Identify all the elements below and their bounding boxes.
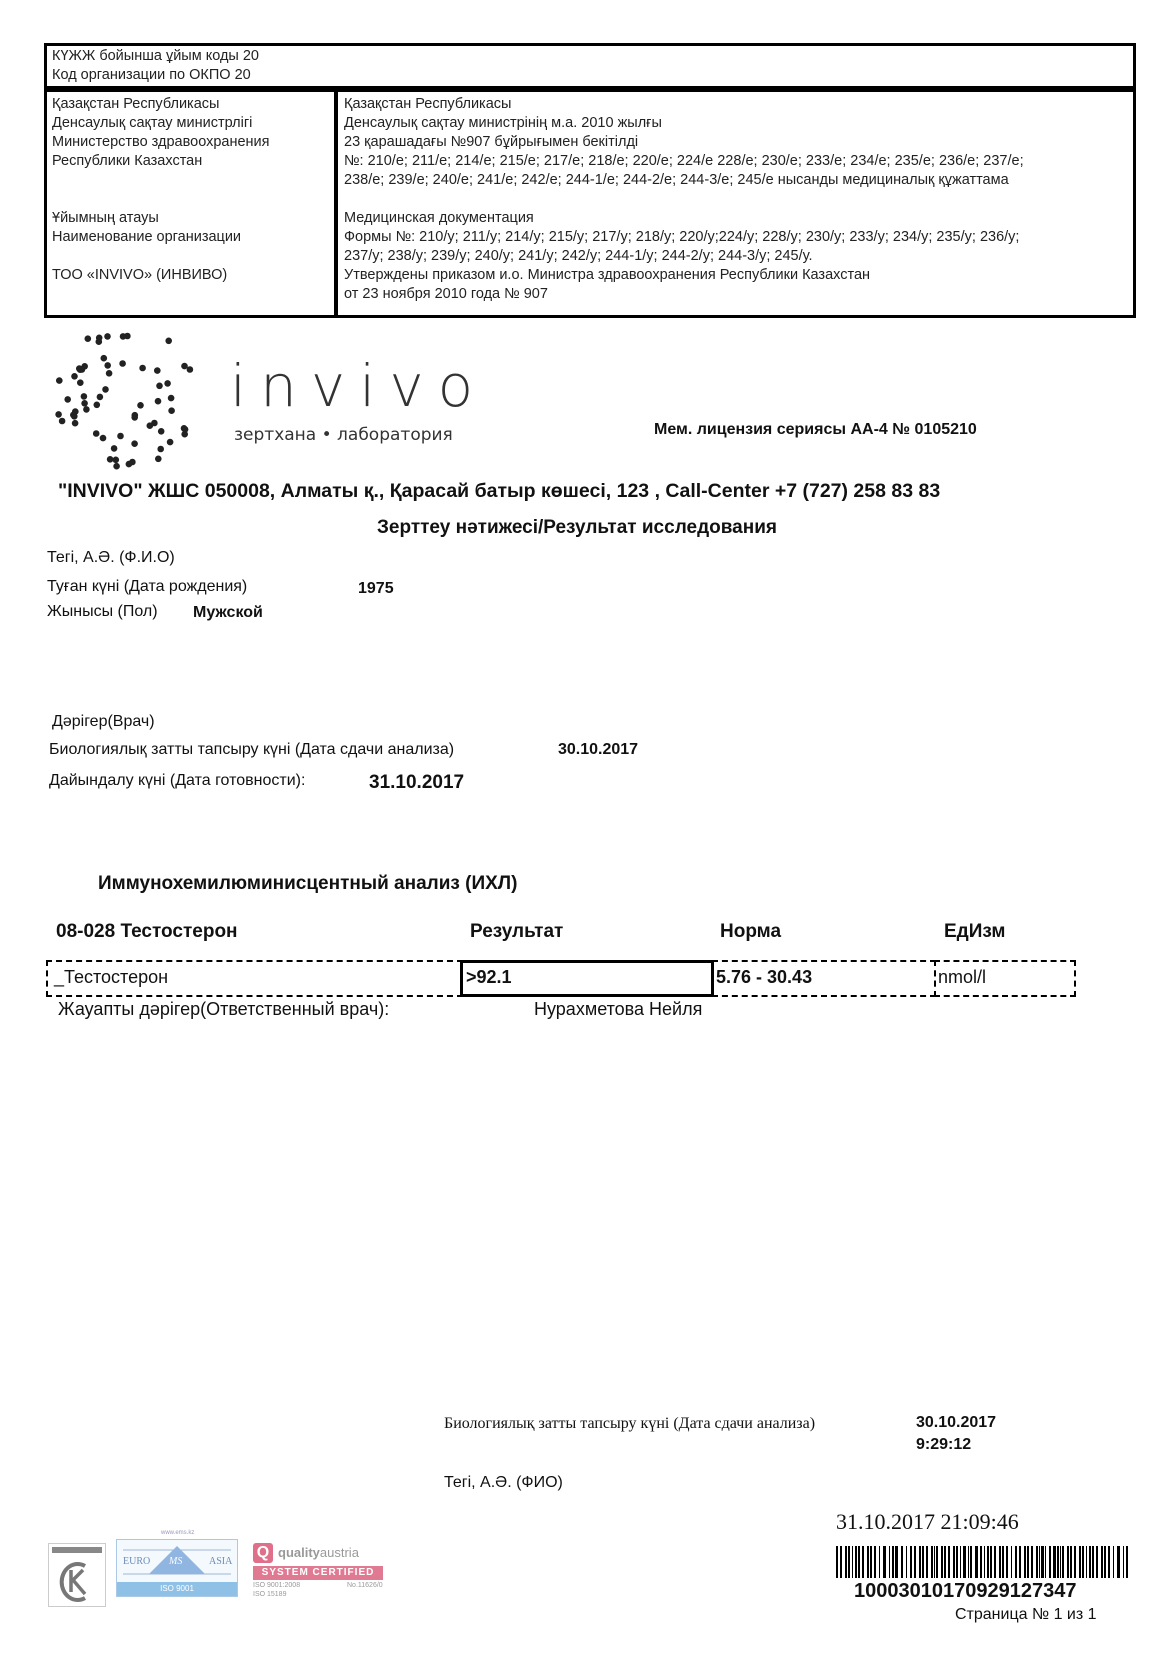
qa-iso2: ISO 15189	[253, 1591, 286, 1598]
doc-line: Медицинская документация	[344, 209, 1124, 228]
qa-banner: SYSTEM CERTIFIED	[253, 1566, 383, 1580]
footer-sample-time-value: 9:29:12	[916, 1436, 971, 1454]
org-name-value: ТОО «INVIVO» (ИНВИВО)	[52, 266, 327, 285]
footer-sample-date-value: 30.10.2017	[916, 1414, 996, 1432]
page-title: Зерттеу нәтижесі/Результат исследования	[377, 517, 777, 539]
ms-label: MS	[169, 1556, 182, 1567]
doctor-label: Дәрігер(Врач)	[52, 713, 155, 731]
dob-value: 1975	[358, 580, 394, 598]
test-name: _Тестостерон	[54, 967, 168, 988]
qa-name-bold: quality	[278, 1545, 320, 1560]
table-divider	[334, 92, 338, 315]
doc-line: Формы №: 210/у; 211/у; 214/у; 215/у; 217…	[344, 228, 1124, 247]
doc-line: 237/у; 238/у; 239/у; 240/у; 241/у; 242/у…	[344, 247, 1124, 266]
sample-date-label: Биологиялық затты тапсыру күні (Дата сда…	[49, 741, 454, 759]
responsible-doctor-name: Нурахметова Нейля	[534, 999, 702, 1020]
norm-cell: 5.76 - 30.43	[712, 960, 936, 997]
result-value: >92.1	[466, 967, 512, 988]
org-name-label: Наименование организации	[52, 228, 327, 247]
sample-date-value: 30.10.2017	[558, 741, 638, 759]
sex-label: Жынысы (Пол)	[47, 603, 158, 621]
kt-cert-logo-icon	[48, 1543, 106, 1607]
ministry-line: Министерство здравоохранения	[52, 133, 327, 152]
doc-line: Денсаулық сақтау министрінің м.а. 2010 ж…	[344, 114, 1124, 133]
org-info-box: Қазақстан Республикасы Денсаулық сақтау …	[44, 89, 1136, 318]
euro-asia-iso-logo-icon: www.ems.kz EURO MS ASIA ISO 9001	[116, 1539, 238, 1597]
doc-line: от 23 ноября 2010 года № 907	[344, 285, 1124, 304]
result-cell: >92.1	[460, 960, 714, 997]
ministry-line: Қазақстан Республикасы	[52, 95, 327, 114]
ministry-line: Денсаулық сақтау министрлігі	[52, 114, 327, 133]
page-number: Страница № 1 из 1	[955, 1606, 1097, 1624]
printed-timestamp: 31.10.2017 21:09:46	[836, 1509, 1019, 1535]
euro-label: EURO	[123, 1556, 150, 1567]
license-number: Мем. лицензия сериясы АА-4 № 0105210	[654, 421, 977, 439]
org-name-label: Ұйымның атауы	[52, 209, 327, 228]
doc-line: Қазақстан Республикасы	[344, 95, 1124, 114]
dob-label: Туған күні (Дата рождения)	[47, 578, 247, 596]
iso-label: ISO 9001	[117, 1582, 237, 1596]
unit-cell: nmol/l	[934, 960, 1076, 997]
doc-line: 238/е; 239/е; 240/е; 241/е; 242/е; 244-1…	[344, 171, 1124, 190]
doc-line: 23 қарашадағы №907 бұйрығымен бекітілді	[344, 133, 1124, 152]
logo-subtitle: зертхана • лаборатория	[234, 425, 453, 445]
logo-wordmark: invivo	[230, 352, 487, 420]
column-header-unit: ЕдИзм	[944, 921, 1005, 943]
invivo-dots-logo-icon	[44, 318, 204, 473]
doc-line: Утверждены приказом и.о. Министра здраво…	[344, 266, 1124, 285]
test-name-cell: _Тестостерон	[46, 960, 463, 997]
org-info-right: Қазақстан Республикасы Денсаулық сақтау …	[344, 95, 1124, 304]
footer-sample-date-label: Биологиялық затты тапсыру күні (Дата сда…	[444, 1415, 815, 1433]
lab-address: "INVIVO" ЖШС 050008, Алматы қ., Қарасай …	[58, 480, 940, 503]
column-header-test: 08-028 Тестостерон	[56, 921, 238, 943]
barcode-number: 10003010170929127347	[854, 1580, 1076, 1603]
unit-value: nmol/l	[938, 967, 986, 988]
doc-line: №: 210/е; 211/е; 214/е; 215/е; 217/е; 21…	[344, 152, 1124, 171]
analysis-section-title: Иммунохемилюминисцентный анализ (ИХЛ)	[98, 873, 517, 895]
barcode-icon	[836, 1546, 1128, 1578]
column-header-result: Результат	[470, 921, 563, 943]
asia-label: ASIA	[209, 1556, 232, 1567]
qa-iso1: ISO 9001:2008	[253, 1582, 300, 1589]
ministry-line: Республики Казахстан	[52, 152, 327, 171]
sex-value: Мужской	[193, 604, 263, 622]
column-header-norm: Норма	[720, 921, 781, 943]
footer-fio-label: Тегі, А.Ә. (ФИО)	[444, 1474, 563, 1492]
euro-asia-site: www.ems.kz	[161, 1530, 194, 1536]
org-code-kz: КҮЖЖ бойынша ұйым коды 20	[52, 47, 259, 66]
org-code-ru: Код организации по ОКПО 20	[52, 66, 259, 85]
responsible-doctor-label: Жауапты дәрігер(Ответственный врач):	[58, 999, 389, 1020]
ready-date-label: Дайындалу күні (Дата готовности):	[49, 772, 305, 790]
qa-name-light: austria	[320, 1545, 359, 1560]
quality-austria-logo-icon: Q qualityaustria SYSTEM CERTIFIED ISO 90…	[253, 1539, 393, 1605]
norm-value: 5.76 - 30.43	[716, 967, 812, 988]
patient-name-label: Тегі, А.Ә. (Ф.И.О)	[47, 549, 175, 567]
org-info-left: Қазақстан Республикасы Денсаулық сақтау …	[52, 95, 327, 285]
org-code-box: КҮЖЖ бойынша ұйым коды 20 Код организаци…	[44, 43, 1136, 89]
qa-number: No.11626/0	[347, 1582, 383, 1589]
ready-date-value: 31.10.2017	[369, 772, 464, 794]
